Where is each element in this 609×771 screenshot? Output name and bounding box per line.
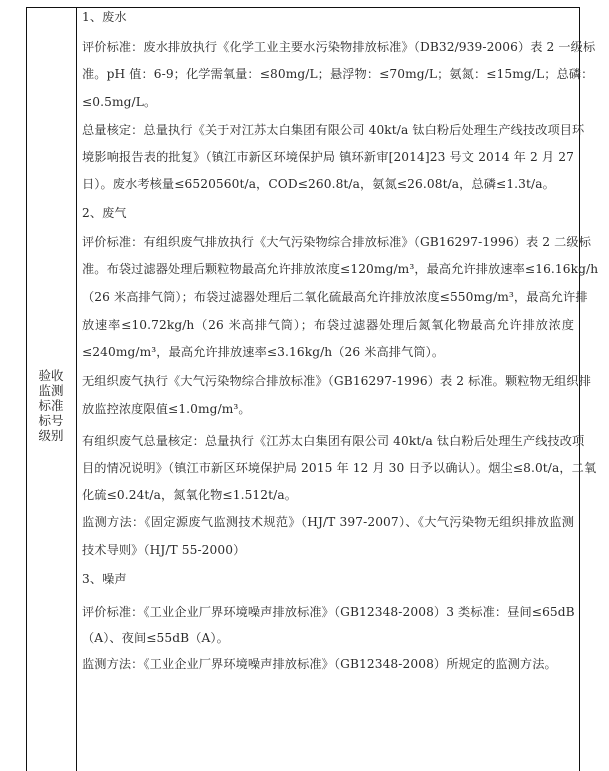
noise-standard-line: 评价标准：《工业企业厂界环境噪声排放标准》（GB12348-2008）3 类标准… bbox=[82, 604, 574, 620]
row-label-line: 验收 bbox=[26, 368, 76, 383]
waste-gas-total-line: 目的情况说明》（镇江市新区环境保护局 2015 年 12 月 30 日予以确认）… bbox=[82, 460, 574, 476]
column-divider bbox=[76, 7, 77, 771]
noise-method-line: 监测方法：《工业企业厂界环境噪声排放标准》（GB12348-2008）所规定的监… bbox=[82, 656, 574, 672]
waste-gas-fugitive-line: 无组织废气执行《大气污染物综合排放标准》（GB16297-1996）表 2 标准… bbox=[82, 373, 574, 389]
waste-gas-standard-line: （26 米高排气筒）；布袋过滤器处理后二氧化硫最高允许排放浓度≤550mg/m³… bbox=[82, 289, 574, 305]
waste-gas-total-line: 化硫≤0.24t/a，氮氧化物≤1.512t/a。 bbox=[82, 487, 574, 503]
waste-gas-fugitive-line: 放监控浓度限值≤1.0mg/m³。 bbox=[82, 401, 574, 417]
wastewater-standard-line: 准。pH 值：6-9；化学需氧量：≤80mg/L；悬浮物：≤70mg/L；氨氮：… bbox=[82, 66, 574, 82]
wastewater-total-line: 日）。废水考核量≤6520560t/a，COD≤260.8t/a，氨氮≤26.0… bbox=[82, 176, 574, 192]
waste-gas-standard-line: 放速率≤10.72kg/h（26 米高排气筒）；布袋过滤器处理后氮氧化物最高允许… bbox=[82, 317, 574, 333]
waste-gas-method-line: 技术导则》（HJ/T 55-2000） bbox=[82, 542, 574, 558]
noise-heading: 3、噪声 bbox=[82, 571, 574, 587]
row-label-line: 级别 bbox=[26, 428, 76, 443]
waste-gas-standard-line: 准。布袋过滤器处理后颗粒物最高允许排放浓度≤120mg/m³，最高允许排放速率≤… bbox=[82, 261, 574, 277]
wastewater-standard-line: 评价标准：废水排放执行《化学工业主要水污染物排放标准》（DB32/939-200… bbox=[82, 39, 574, 55]
waste-gas-standard-line: 评价标准：有组织废气排放执行《大气污染物综合排放标准》（GB16297-1996… bbox=[82, 234, 574, 250]
wastewater-total-line: 境影响报告表的批复》（镇江市新区环境保护局 镇环新审[2014]23 号文 20… bbox=[82, 149, 574, 165]
row-label-cell: 验收 监测 标准 标号 级别 bbox=[26, 368, 76, 443]
waste-gas-heading: 2、废气 bbox=[82, 205, 574, 221]
waste-gas-method-line: 监测方法：《固定源废气监测技术规范》（HJ/T 397-2007）、《大气污染物… bbox=[82, 514, 574, 530]
row-label-line: 标号 bbox=[26, 413, 76, 428]
waste-gas-standard-line: ≤240mg/m³，最高允许排放速率≤3.16kg/h（26 米高排气筒）。 bbox=[82, 344, 574, 360]
wastewater-standard-line: ≤0.5mg/L。 bbox=[82, 94, 574, 110]
wastewater-heading: 1、废水 bbox=[82, 9, 574, 25]
waste-gas-total-line: 有组织废气总量核定：总量执行《江苏太白集团有限公司 40kt/a 钛白粉后处理生… bbox=[82, 433, 574, 449]
row-label-line: 监测 bbox=[26, 383, 76, 398]
row-label-line: 标准 bbox=[26, 398, 76, 413]
noise-standard-line: （A）、夜间≤55dB（A）。 bbox=[82, 630, 574, 646]
wastewater-total-line: 总量核定：总量执行《关于对江苏太白集团有限公司 40kt/a 钛白粉后处理生产线… bbox=[82, 122, 574, 138]
